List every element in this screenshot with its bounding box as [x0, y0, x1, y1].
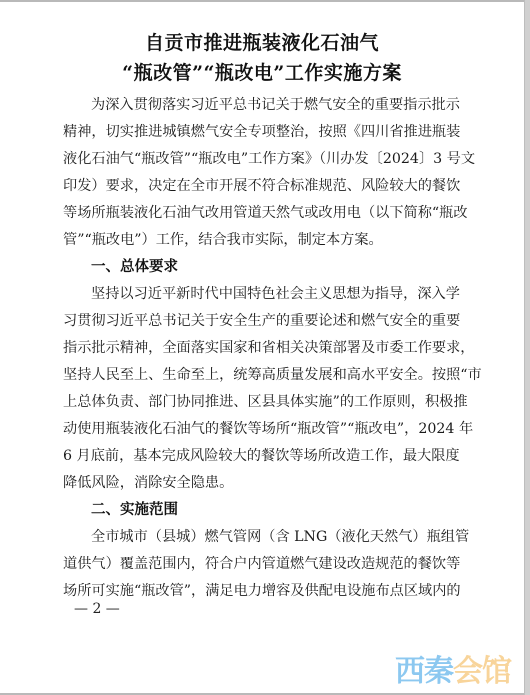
section2-line: 场所可实施“瓶改管”，满足电力增容及供配电设施布点区域内的 — [63, 582, 459, 600]
page-border-top — [0, 0, 530, 2]
watermark-logo: 西秦会馆 — [395, 655, 511, 689]
intro-line: 精神，切实推进城镇燃气安全专项整治，按照《四川省推进瓶装 — [63, 123, 459, 141]
section1-line: 降低风险，消除安全隐患。 — [63, 474, 459, 492]
watermark-part2: 会馆 — [453, 654, 511, 689]
intro-line: 液化石油气“瓶改管”“瓶改电”工作方案》（川办发〔2024〕3 号文 — [63, 150, 459, 168]
section-heading-scope: 二、实施范围 — [91, 501, 178, 519]
section-heading-general-requirements: 一、总体要求 — [91, 258, 178, 276]
document-page: 自贡市推进瓶装液化石油气 “瓶改管”“瓶改电”工作实施方案 为深入贯彻落实习近平… — [0, 0, 524, 693]
page-number: — 2 — — [74, 601, 120, 617]
intro-line: 管”“瓶改电”）工作，结合我市实际，制定本方案。 — [63, 231, 459, 249]
document-title-line2: “瓶改管”“瓶改电”工作实施方案 — [0, 58, 524, 85]
intro-line: 等场所瓶装液化石油气改用管道天然气或改用电（以下简称“瓶改 — [63, 204, 459, 222]
section1-line: 坚持以习近平新时代中国特色社会主义思想为指导，深入学 — [91, 285, 459, 303]
section1-line: 习贯彻习近平总书记关于安全生产的重要论述和燃气安全的重要 — [63, 312, 459, 330]
section1-line: 动使用瓶装液化石油气的餐饮等场所“瓶改管”“瓶改电”，2024 年 — [63, 420, 459, 438]
section1-line: 指示批示精神，全面落实国家和省相关决策部署及市委工作要求， — [63, 339, 459, 357]
section2-line: 道供气）覆盖范围内，符合户内管道燃气建设改造规范的餐饮等 — [63, 555, 459, 573]
intro-line: 为深入贯彻落实习近平总书记关于燃气安全的重要指示批示 — [91, 96, 459, 114]
section2-line: 全市城市（县城）燃气管网（含 LNG（液化天然气）瓶组管 — [91, 528, 459, 546]
scrollbar-track[interactable] — [524, 0, 530, 695]
document-title-line1: 自贡市推进瓶装液化石油气 — [0, 28, 524, 55]
intro-line: 印发）要求，决定在全市开展不符合标准规范、风险较大的餐饮 — [63, 177, 459, 195]
section1-line: 上总体负责、部门协同推进、区县具体实施”的工作原则，积极推 — [63, 393, 459, 411]
section1-line: 6 月底前，基本完成风险较大的餐饮等场所改造工作，最大限度 — [63, 447, 459, 465]
section1-line: 坚持人民至上、生命至上，统筹高质量发展和高水平安全。按照“市 — [63, 366, 459, 384]
watermark-part1: 西秦 — [395, 654, 453, 689]
